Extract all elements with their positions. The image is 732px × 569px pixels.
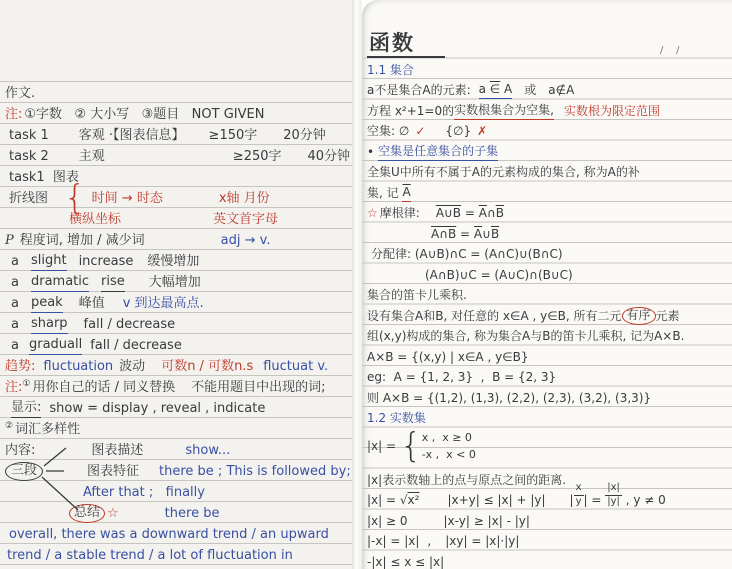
page-title: 函数 bbox=[367, 32, 445, 58]
text-run: 大幅增加 bbox=[149, 276, 201, 292]
text-run: 集合的笛卡儿乘积. bbox=[367, 289, 467, 304]
note-line: aslightincrease缓慢增加 bbox=[5, 250, 351, 271]
note-line: |-x| = |x|,|xy| = |x|·|y| bbox=[367, 530, 731, 551]
note-line: 三段图表特征there be ; This is followed by; bbox=[5, 460, 351, 481]
text-run: 客观 ·【图表信息】 bbox=[79, 129, 185, 145]
right-notebook-page: 函数/ /1.1 集合a不是集合A的元素:a ∈ A或a∉A方程 x²+1=0的… bbox=[362, 0, 732, 569]
text-run: 折线图 bbox=[9, 192, 48, 208]
text-run: 或 bbox=[524, 84, 536, 99]
note-line: 注:①用你自己的话 / 同义替换不能用题目中出现的词; bbox=[5, 376, 351, 397]
bullet-icon: • bbox=[367, 146, 374, 161]
note-line: |x| ={x , x ≥ 0-x , x < 0 bbox=[367, 427, 731, 468]
text-run: 图表特征 bbox=[87, 465, 139, 481]
text-run: | = bbox=[584, 494, 606, 509]
note-line: 注:①字数 ② 大小写 ③题目 NOT GIVEN bbox=[5, 103, 351, 124]
note-line: P程度词, 增加 / 减少词adj → v. bbox=[5, 229, 351, 250]
text-run: 可数n / 可数n.s bbox=[161, 360, 253, 376]
text-run: 分配律: (A∪B)∩C = (A∩C)∪(B∩C) bbox=[371, 248, 563, 263]
text-run: show = display , reveal , indicate bbox=[49, 402, 265, 418]
text-run: |x|表示数轴上的点与原点之间的距离. bbox=[367, 474, 566, 489]
text-run: |x-y| ≥ |x| - |y| bbox=[444, 515, 530, 530]
note-line: agraduallfall / decrease bbox=[5, 334, 351, 355]
note-line: 折线图{时间 → 时态x轴 月份 bbox=[5, 187, 351, 208]
text-run: a不是集合A的元素: bbox=[367, 84, 471, 99]
text-run: x² bbox=[408, 494, 420, 509]
section-heading: 1.2 实数集 bbox=[367, 412, 426, 427]
note-line: task 2主观≥250字40分钟 bbox=[5, 145, 351, 166]
text-run: ① bbox=[22, 380, 30, 391]
text-run: A bbox=[479, 207, 487, 222]
text-run: ∩ bbox=[487, 207, 496, 222]
p-mark: P bbox=[5, 234, 14, 250]
text-run: 峰值 bbox=[79, 297, 105, 313]
text-run: 40分钟 bbox=[308, 150, 351, 166]
text-run: |x| = bbox=[367, 440, 396, 455]
circled-label: 总结 bbox=[69, 504, 105, 523]
text-run: A∩B bbox=[431, 228, 456, 243]
note-line: eg: A = {1, 2, 3} , B = {2, 3} bbox=[367, 366, 731, 387]
text-run: = bbox=[461, 207, 479, 222]
text-run: 注: bbox=[5, 381, 22, 397]
text-run: (A∩B)∪C = (A∪C)∩(B∪C) bbox=[425, 269, 573, 284]
text-run: 波动 bbox=[119, 360, 145, 376]
text-run: , bbox=[427, 535, 431, 550]
text-run: fluctuation bbox=[43, 360, 113, 376]
note-line: adramaticrise大幅增加 bbox=[5, 271, 351, 292]
text-run: dramatic bbox=[31, 275, 89, 292]
text-run: 程度词, 增加 / 减少词 bbox=[20, 234, 145, 250]
text-run: 显示: bbox=[11, 401, 41, 418]
note-line: 趋势:fluctuation波动可数n / 可数n.sfluctuat v. bbox=[5, 355, 351, 376]
text-run: A bbox=[474, 228, 482, 243]
text-run: rise bbox=[101, 275, 125, 292]
text-run: 组(x,y)构成的集合, 称为集合A与B的笛卡儿乘积, 记为A×B. bbox=[367, 330, 684, 345]
text-run: 实数根集合为空集, bbox=[454, 104, 554, 120]
text-run: A∪B bbox=[436, 207, 461, 222]
text-run: 实数根为限定范围 bbox=[564, 105, 660, 120]
text-run: task 2 bbox=[9, 150, 49, 166]
text-run: B bbox=[491, 228, 499, 243]
text-run: graduall bbox=[29, 338, 82, 355]
circled-label: 有序 bbox=[622, 307, 656, 325]
text-run: , y ≠ 0 bbox=[622, 494, 666, 509]
text-run: |x| = √ bbox=[367, 494, 408, 509]
text-run: A×B = {(x,y) | x∈A , y∈B} bbox=[367, 351, 529, 366]
text-run: |x+y| ≤ |x| + |y| bbox=[447, 494, 545, 509]
text-run: a bbox=[11, 276, 19, 292]
text-run: 则 A×B = {(1,2), (1,3), (2,2), (2,3), (3,… bbox=[367, 392, 651, 407]
text-run: slight bbox=[31, 254, 67, 271]
note-line bbox=[5, 61, 351, 82]
star-icon: ☆ bbox=[367, 207, 378, 222]
text-run: 内容: bbox=[5, 444, 35, 460]
text-run: x , x ≥ 0-x , x < 0 bbox=[422, 430, 476, 465]
note-line: ②词汇多样性 bbox=[5, 418, 351, 439]
corner-marks: / / bbox=[660, 46, 679, 59]
note-line: A∩B = A∪B bbox=[367, 222, 731, 243]
note-line: 空集: ∅✓{∅}✗ bbox=[367, 120, 731, 141]
note-line: ☆摩根律:A∪B = A∩B bbox=[367, 202, 731, 223]
note-line: |x| = √x²|x+y| ≤ |x| + |y||xy| = |x||y| … bbox=[367, 489, 731, 510]
text-run: a bbox=[11, 297, 19, 313]
text-run: 不能用题目中出现的词; bbox=[191, 381, 325, 397]
text-run: there be ; This is followed by; bbox=[159, 465, 351, 481]
text-run: adj → v. bbox=[221, 234, 271, 250]
note-line: 1.1 集合 bbox=[367, 58, 731, 79]
text-run: 空集: ∅ bbox=[367, 125, 409, 140]
text-run: B bbox=[496, 207, 504, 222]
note-line: task1 图表 bbox=[5, 166, 351, 187]
text-run: 主观 bbox=[79, 150, 105, 166]
circled-label: 三段 bbox=[5, 462, 43, 481]
brace-icon: { bbox=[400, 429, 422, 467]
text-run: = bbox=[456, 228, 474, 243]
note-line: trend / a stable trend / a lot of fluctu… bbox=[5, 544, 351, 565]
text-run: 空集是任意集合的子集 bbox=[378, 145, 498, 161]
text-run: 方程 x²+1=0的 bbox=[367, 105, 454, 120]
text-run: |x||y| bbox=[605, 483, 622, 509]
text-run: A bbox=[402, 186, 410, 202]
note-line: asharpfall / decrease bbox=[5, 313, 351, 334]
text-run: |x| ≥ 0 bbox=[367, 515, 408, 530]
note-line: 组(x,y)构成的集合, 称为集合A与B的笛卡儿乘积, 记为A×B. bbox=[367, 325, 731, 346]
text-run: |xy| = |x|·|y| bbox=[445, 535, 519, 550]
text-run: task 1 bbox=[9, 129, 49, 145]
text-run: ∈ bbox=[490, 83, 500, 99]
text-run: ①字数 ② 大小写 ③题目 NOT GIVEN bbox=[24, 108, 264, 124]
text-run: eg: A = {1, 2, 3} , B = {2, 3} bbox=[367, 371, 556, 386]
check-icon: ✓ bbox=[415, 125, 425, 140]
text-run: ② bbox=[5, 422, 13, 433]
text-run: a∉A bbox=[548, 84, 574, 99]
note-line: •空集是任意集合的子集 bbox=[367, 140, 731, 161]
text-run: v 到达最高点. bbox=[123, 297, 204, 313]
text-run: 元素 bbox=[656, 310, 680, 325]
note-line: apeak峰值v 到达最高点. bbox=[5, 292, 351, 313]
text-run: 图表描述 bbox=[91, 444, 143, 460]
note-line: 总结☆there be bbox=[5, 502, 351, 523]
text-run: ≥150字 bbox=[209, 129, 258, 145]
note-line: 函数/ / bbox=[367, 24, 731, 58]
text-run: 设有集合A和B, 对任意的 x∈A , y∈B, 所有二元 bbox=[367, 310, 622, 325]
text-run: xy bbox=[574, 483, 584, 509]
text-run: ∪ bbox=[482, 228, 491, 243]
text-run: {∅} bbox=[445, 125, 471, 140]
text-run: a bbox=[11, 318, 19, 334]
note-line: 设有集合A和B, 对任意的 x∈A , y∈B, 所有二元有序元素 bbox=[367, 304, 731, 325]
brace-icon: { bbox=[64, 181, 86, 219]
text-run: a bbox=[11, 339, 19, 355]
note-line: |x| ≥ 0|x-y| ≥ |x| - |y| bbox=[367, 509, 731, 530]
text-run: A bbox=[500, 83, 512, 99]
margin-note: x轴 月份 bbox=[219, 192, 270, 208]
note-line: 显示:show = display , reveal , indicate bbox=[5, 397, 351, 418]
text-run: overall, there was a downward trend / an… bbox=[9, 528, 329, 544]
text-run: After that ; finally bbox=[83, 486, 205, 502]
page-gutter bbox=[352, 0, 362, 569]
text-run: sharp bbox=[31, 317, 68, 334]
text-run: 缓慢增加 bbox=[147, 255, 199, 271]
note-line: a不是集合A的元素:a ∈ A或a∉A bbox=[367, 79, 731, 100]
text-run: fall / decrease bbox=[84, 318, 176, 334]
text-run: -|x| ≤ x ≤ |x| bbox=[367, 556, 444, 569]
text-run: 用你自己的话 / 同义替换 bbox=[32, 381, 175, 397]
text-run: there be bbox=[165, 507, 220, 523]
note-line: 作文. bbox=[5, 82, 351, 103]
note-line: 分配律: (A∪B)∩C = (A∩C)∪(B∩C) bbox=[367, 243, 731, 264]
text-run: trend / a stable trend / a lot of fluctu… bbox=[7, 549, 293, 565]
left-notebook-page: 作文.注:①字数 ② 大小写 ③题目 NOT GIVENtask 1客观 ·【图… bbox=[0, 0, 352, 569]
section-heading: 1.1 集合 bbox=[367, 64, 414, 79]
note-line: -|x| ≤ x ≤ |x| bbox=[367, 550, 731, 569]
note-line: A×B = {(x,y) | x∈A , y∈B} bbox=[367, 345, 731, 366]
right-page-content: 函数/ /1.1 集合a不是集合A的元素:a ∈ A或a∉A方程 x²+1=0的… bbox=[367, 24, 731, 569]
text-run: 20分钟 bbox=[283, 129, 326, 145]
note-line: After that ; finally bbox=[5, 481, 351, 502]
text-run: fluctuat v. bbox=[263, 360, 328, 376]
text-run: peak bbox=[31, 296, 63, 313]
note-line: 集合的笛卡儿乘积. bbox=[367, 284, 731, 305]
note-line: (A∩B)∪C = (A∪C)∩(B∪C) bbox=[367, 263, 731, 284]
note-line: 1.2 实数集 bbox=[367, 407, 731, 428]
note-line: task 1客观 ·【图表信息】≥150字20分钟 bbox=[5, 124, 351, 145]
note-line: 则 A×B = {(1,2), (1,3), (2,2), (2,3), (3,… bbox=[367, 386, 731, 407]
text-run: ≥250字 bbox=[233, 150, 282, 166]
note-line: |x|表示数轴上的点与原点之间的距离. bbox=[367, 468, 731, 489]
note-line: 横纵坐标英文首字母 bbox=[5, 208, 351, 229]
text-run: increase bbox=[79, 255, 134, 271]
star-icon: ☆ bbox=[107, 507, 119, 523]
text-run: 集, 记 bbox=[367, 187, 402, 202]
note-line: 方程 x²+1=0的实数根集合为空集,实数根为限定范围 bbox=[367, 99, 731, 120]
left-page-content: 作文.注:①字数 ② 大小写 ③题目 NOT GIVENtask 1客观 ·【图… bbox=[5, 61, 351, 565]
note-line: 内容:图表描述show... bbox=[5, 439, 351, 460]
text-run: 摩根律: bbox=[380, 207, 420, 222]
note-line: 全集U中所有不属于A的元素构成的集合, 称为A的补 bbox=[367, 161, 731, 182]
text-run: a bbox=[479, 83, 490, 99]
text-run: 全集U中所有不属于A的元素构成的集合, 称为A的补 bbox=[367, 166, 640, 181]
text-run: a bbox=[11, 255, 19, 271]
text-run: 注: bbox=[5, 108, 22, 124]
text-run: show... bbox=[185, 444, 230, 460]
note-line: 集, 记 A bbox=[367, 181, 731, 202]
margin-note: 英文首字母 bbox=[213, 213, 278, 229]
text-run: |-x| = |x| bbox=[367, 535, 419, 550]
left-page-title: 作文. bbox=[5, 87, 35, 103]
cross-icon: ✗ bbox=[477, 125, 487, 140]
text-run: fall / decrease bbox=[90, 339, 182, 355]
note-line: overall, there was a downward trend / an… bbox=[5, 523, 351, 544]
text-run: 词汇多样性 bbox=[15, 423, 80, 439]
text-run: 时间 → 时态 bbox=[92, 192, 163, 208]
text-run: 趋势: bbox=[5, 360, 35, 376]
